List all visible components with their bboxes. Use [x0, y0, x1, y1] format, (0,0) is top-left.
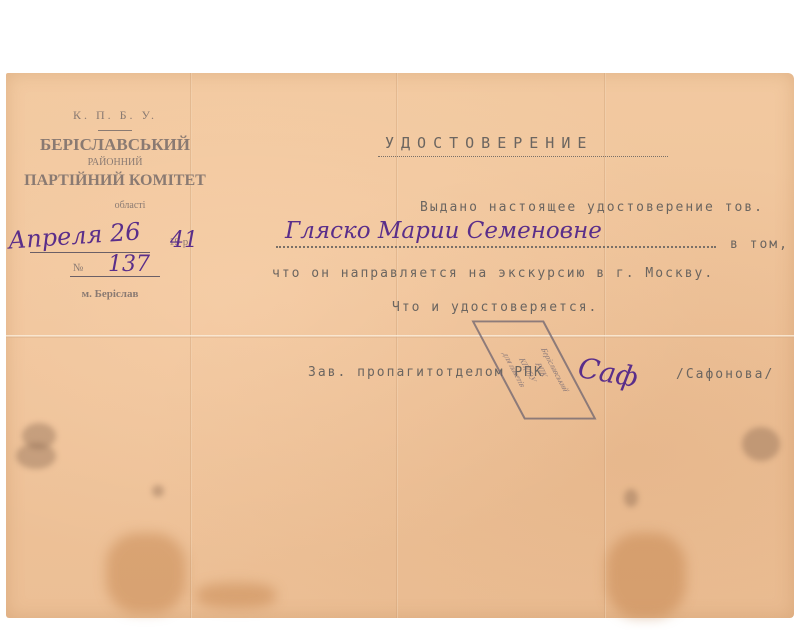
body-line4: Что и удостоверяется. [392, 300, 598, 315]
water-stain [196, 583, 276, 608]
fold-line [6, 335, 794, 338]
ink-stain [16, 443, 56, 469]
header-line3: ПАРТІЙНИЙ КОМІТЕТ [10, 172, 220, 190]
document-title: УДОСТОВЕРЕНИЕ [385, 134, 593, 152]
fold-line [604, 73, 606, 618]
divider [98, 130, 132, 131]
fold-line [396, 73, 398, 618]
body-line1: Выдано настоящее удостоверение тов. [420, 200, 764, 215]
body-line3: что он направляется на экскурсию в г. Мо… [272, 266, 714, 281]
water-stain [106, 533, 186, 613]
title-underline [378, 156, 668, 157]
header-line1: БЕРІСЛАВСЬКИЙ [20, 135, 210, 155]
ink-stain [624, 489, 638, 507]
signatory-name: /Сафонова/ [676, 367, 774, 382]
body-line2-end: в том, [730, 237, 789, 252]
recipient-name: Гляско Марии Семеновне [285, 218, 602, 244]
name-dotted-line [276, 246, 716, 248]
org-abbrev: К. П. Б. У. [30, 108, 200, 123]
number-prefix: № [68, 262, 88, 274]
header-line2: РАЙОННИЙ [30, 157, 200, 168]
water-stain [606, 533, 686, 618]
handwritten-number: 137 [108, 252, 150, 277]
handwritten-year: 41 [170, 228, 198, 253]
city: м. Беріслав [50, 288, 170, 300]
ink-stain [742, 427, 780, 461]
ink-stain [152, 485, 164, 497]
header-line4: області [80, 200, 180, 211]
